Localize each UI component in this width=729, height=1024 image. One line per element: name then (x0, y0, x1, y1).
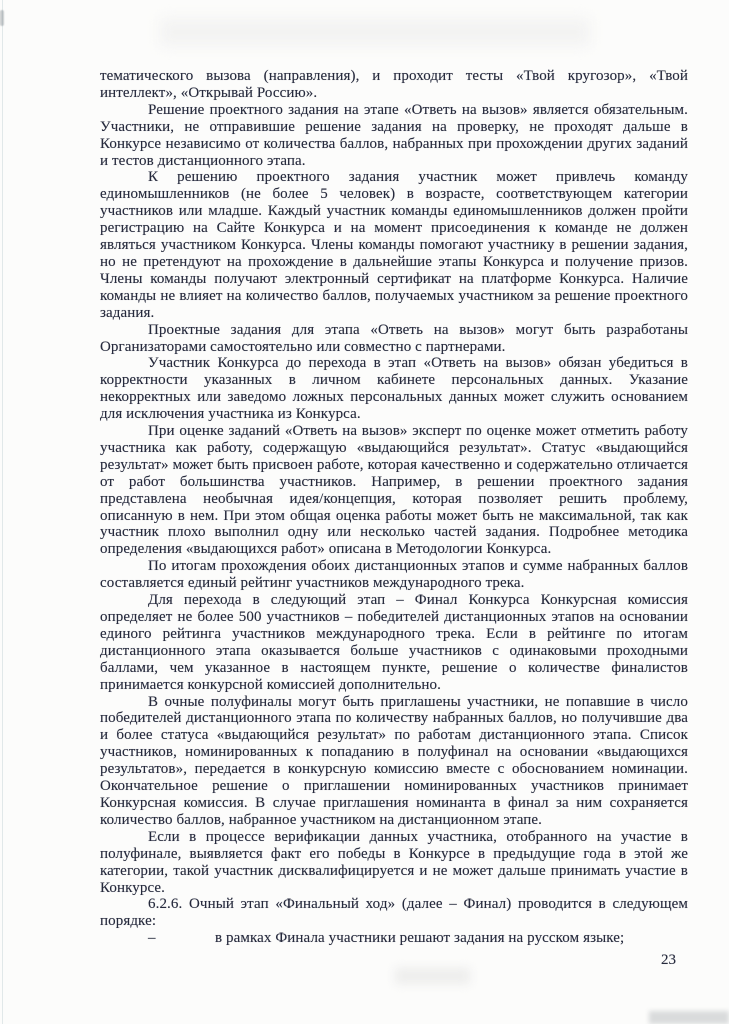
paragraph: 6.2.6. Очный этап «Финальный ход» (далее… (100, 896, 688, 930)
list-item-text: в рамках Финала участники решают задания… (215, 930, 624, 946)
paragraph: К решению проектного задания участник мо… (100, 169, 688, 321)
scan-smudge (395, 968, 470, 984)
paragraph: Решение проектного задания на этапе «Отв… (100, 102, 688, 170)
paragraph: Для перехода в следующий этап – Финал Ко… (100, 592, 688, 693)
paragraph: По итогам прохождения обоих дистанционны… (100, 558, 688, 592)
scan-corner-mark (0, 10, 4, 26)
page-number: 23 (661, 952, 676, 969)
list-item: –в рамках Финала участники решают задани… (100, 930, 688, 947)
scan-corner-smudge (649, 1011, 729, 1024)
scan-edge-line (2, 0, 3, 1024)
scan-bleedthrough-smudge (160, 18, 590, 46)
list-dash-marker: – (148, 930, 156, 947)
document-page: тематического вызова (направления), и пр… (0, 0, 729, 1024)
paragraph: Проектные задания для этапа «Ответь на в… (100, 322, 688, 356)
paragraph: В очные полуфиналы могут быть приглашены… (100, 694, 688, 829)
paragraph: Если в процессе верификации данных участ… (100, 829, 688, 897)
paragraph: тематического вызова (направления), и пр… (100, 68, 688, 102)
paragraph: При оценке заданий «Ответь на вызов» экс… (100, 423, 688, 558)
paragraph: Участник Конкурса до перехода в этап «От… (100, 355, 688, 423)
page-text: тематического вызова (направления), и пр… (100, 68, 688, 947)
